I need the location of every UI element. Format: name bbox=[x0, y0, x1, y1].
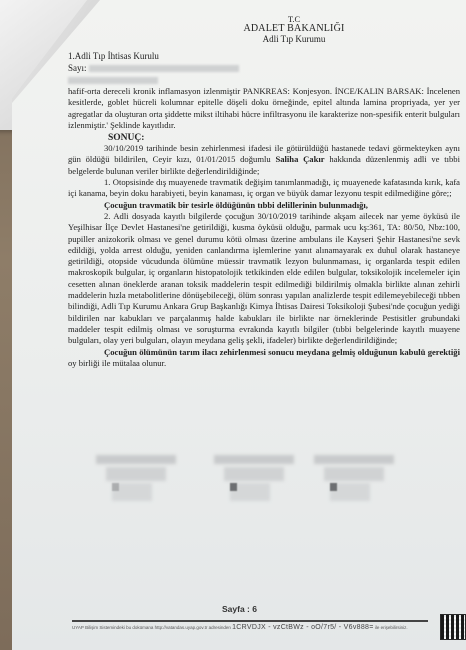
redacted-text bbox=[68, 77, 158, 84]
verification-code: 1CRVDJX - vzCtBWz - oO/7r5/ - V6v888= bbox=[232, 624, 373, 631]
result-heading: SONUÇ: bbox=[108, 133, 460, 143]
redacted-line bbox=[68, 74, 460, 86]
conclusion-2-tail: oy birliği ile mütalaa olunur. bbox=[68, 358, 166, 368]
redacted-number bbox=[89, 65, 239, 72]
board-name: 1.Adli Tıp İhtisas Kurulu bbox=[68, 50, 460, 62]
conclusion-2: Çocuğun ölümünün tarım ilacı zehirlenmes… bbox=[68, 347, 460, 370]
number-label: Sayı: bbox=[68, 63, 87, 73]
document-meta: 1.Adli Tıp İhtisas Kurulu Sayı: bbox=[68, 50, 460, 86]
redacted-signature-3 bbox=[314, 455, 394, 505]
subject-name: Saliha Çakır bbox=[275, 154, 324, 164]
page-number: Sayfa : 6 bbox=[222, 604, 257, 614]
conclusion-2-bold: Çocuğun ölümünün tarım ilacı zehirlenmes… bbox=[104, 347, 460, 357]
signature-block bbox=[96, 455, 436, 515]
redacted-signature-1 bbox=[96, 455, 176, 505]
letterhead: T.C ADALET BAKANLIĞI Adli Tıp Kurumu bbox=[128, 14, 460, 44]
conclusion-1: Çocuğun travmatik bir tesirle öldüğünün … bbox=[68, 200, 460, 211]
uyap-note: UYAP Bilişim Sistemindeki bu dokümana ht… bbox=[72, 625, 231, 630]
footer-divider bbox=[72, 620, 428, 622]
qr-code-icon bbox=[440, 614, 466, 640]
redacted-signature-2 bbox=[214, 455, 294, 505]
document-page: T.C ADALET BAKANLIĞI Adli Tıp Kurumu 1.A… bbox=[12, 0, 466, 650]
number-line: Sayı: bbox=[68, 62, 460, 74]
intro-paragraph: hafif-orta dereceli kronik inflamasyon i… bbox=[68, 86, 460, 131]
ministry-title: ADALET BAKANLIĞI bbox=[128, 24, 460, 34]
footer-verification: UYAP Bilişim Sistemindeki bu dokümana ht… bbox=[72, 624, 452, 631]
result-paragraph: 30/10/2019 tarihinde besin zehirlenmesi … bbox=[68, 143, 460, 177]
verify-suffix: ile erişebilirsiniz. bbox=[375, 625, 408, 630]
item-1-paragraph: 1. Otopsisinde dış muayenede travmatik d… bbox=[68, 177, 460, 200]
item-2-paragraph: 2. Adli dosyada kayıtlı bilgilerde çocuğ… bbox=[68, 211, 460, 347]
document-content: T.C ADALET BAKANLIĞI Adli Tıp Kurumu 1.A… bbox=[68, 14, 460, 369]
institute-title: Adli Tıp Kurumu bbox=[128, 34, 460, 44]
